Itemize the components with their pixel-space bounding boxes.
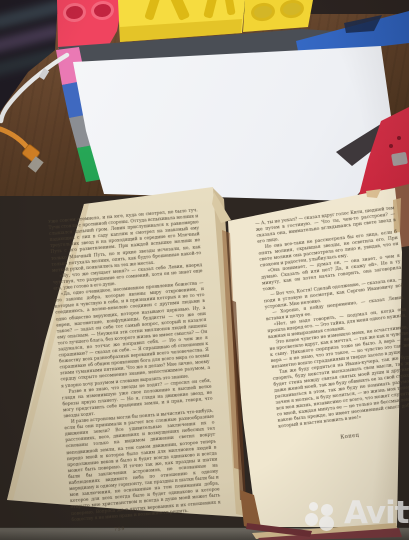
photo-open-book-scene: Уже совсем стемнело, и на юге, куда он с…: [0, 0, 409, 540]
photo-vignette: [0, 0, 409, 540]
